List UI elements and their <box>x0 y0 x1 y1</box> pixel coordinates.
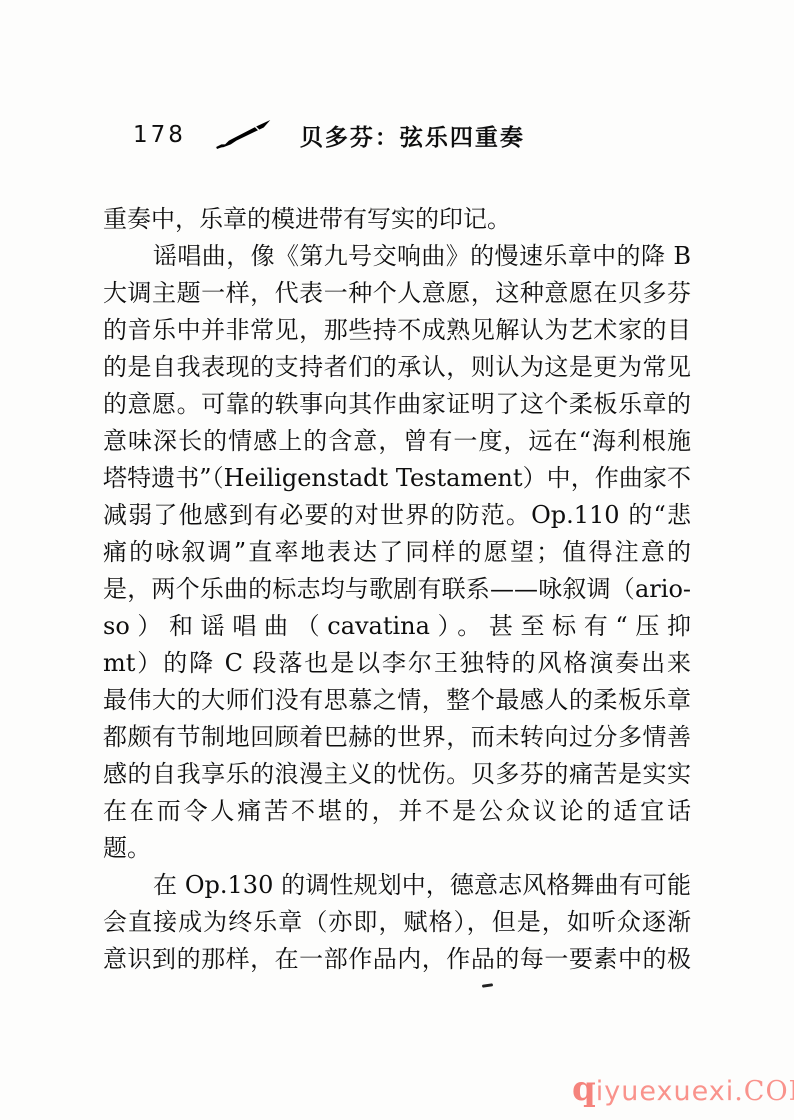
text-line: so）和谣唱曲（cavatina）。甚至标有“压抑的”（beklem- <box>103 608 691 645</box>
text-line: 痛的咏叙调”直率地表达了同样的愿望；值得注意的 <box>103 534 691 571</box>
scan-artifact-mark <box>482 983 493 988</box>
text-line: mt）的降 C 段落也是以李尔王独特的风格演奏出来的。 <box>103 645 691 682</box>
text-line: 塔特遗书”（Heiligenstadt Testament）中，作曲家不得不 <box>103 460 691 497</box>
text-line: 最伟大的大师们没有思慕之情，整个最感人的柔板乐章 <box>103 682 691 719</box>
text-line: 题。 <box>103 830 691 867</box>
watermark-name: iyuexuexi <box>596 1076 734 1107</box>
page-header-title: 贝多芬：弦乐四重奏 <box>300 119 525 152</box>
text-line: 大调主题一样，代表一种个人意愿，这种意愿在贝多芬 <box>103 275 691 312</box>
text-line: 减弱了他感到有必要的对世界的防范。Op.110 的“悲 <box>103 497 691 534</box>
text-line: 的意愿。可靠的轶事向其作曲家证明了这个柔板乐章的 <box>103 386 691 423</box>
text-line: 在 Op.130 的调性规划中，德意志风格舞曲有可能 <box>103 867 691 904</box>
body-text: 重奏中，乐章的模进带有写实的印记。 谣唱曲，像《第九号交响曲》的慢速乐章中的降 … <box>103 201 691 978</box>
text-line: 都颇有节制地回顾着巴赫的世界，而未转向过分多情善 <box>103 719 691 756</box>
quill-pen-icon <box>212 119 274 151</box>
text-line: 重奏中，乐章的模进带有写实的印记。 <box>103 201 691 238</box>
text-line: 谣唱曲，像《第九号交响曲》的慢速乐章中的降 B <box>103 238 691 275</box>
text-line: 意识到的那样，在一部作品内，作品的每一要素中的极 <box>103 941 691 978</box>
text-line: 的是自我表现的支持者们的承认，则认为这是更为常见 <box>103 349 691 386</box>
text-line: 的音乐中并非常见，那些持不成熟见解认为艺术家的目 <box>103 312 691 349</box>
watermark: qiyuexuexi.COM <box>572 1072 794 1112</box>
watermark-tld: .COM <box>734 1076 794 1107</box>
book-page: 178 贝多芬：弦乐四重奏 重奏中，乐章的模进带有写实的印记。 谣唱曲，像《第九… <box>0 0 794 1120</box>
text-line: 意味深长的情感上的含意，曾有一度，远在“海利根施 <box>103 423 691 460</box>
page-number: 178 <box>133 122 186 148</box>
watermark-initial: q <box>572 1069 596 1109</box>
text-line: 是，两个乐曲的标志均与歌剧有联系——咏叙调（ario- <box>103 571 691 608</box>
running-head: 178 贝多芬：弦乐四重奏 <box>133 118 525 152</box>
text-line: 在在而令人痛苦不堪的，并不是公众议论的适宜话 <box>103 793 691 830</box>
text-line: 会直接成为终乐章（亦即，赋格），但是，如听众逐渐 <box>103 904 691 941</box>
text-line: 感的自我享乐的浪漫主义的忧伤。贝多芬的痛苦是实实 <box>103 756 691 793</box>
